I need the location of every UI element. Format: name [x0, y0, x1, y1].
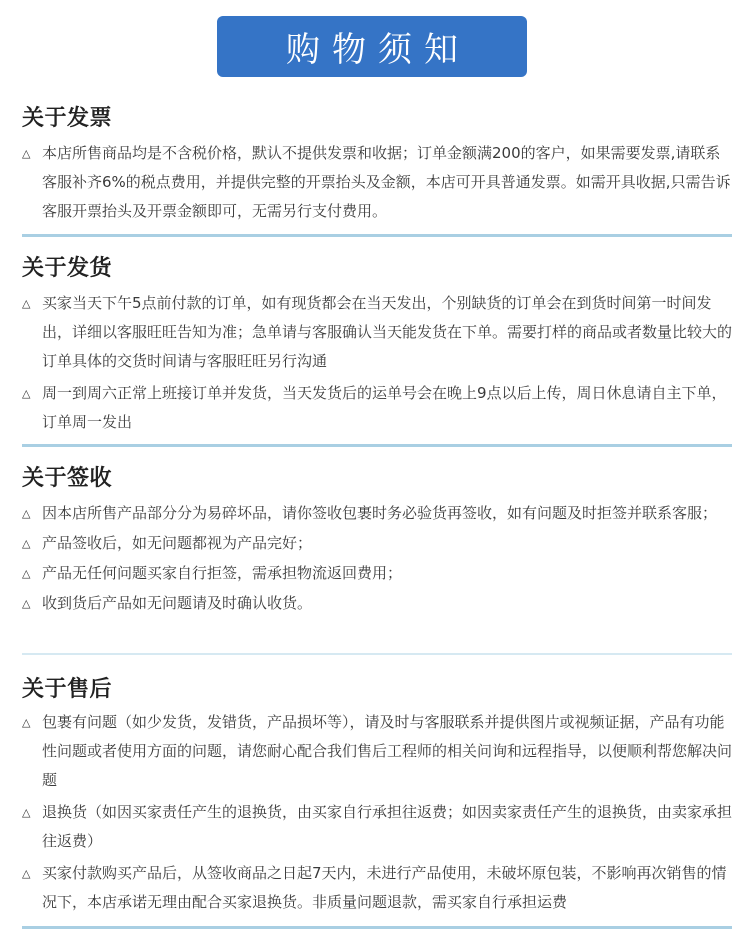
triangle-bullet-icon: △ [22, 798, 40, 827]
divider [22, 653, 732, 655]
triangle-bullet-icon: △ [22, 708, 40, 737]
list-item: △ 退换货（如因买家责任产生的退换货，由买家自行承担往返费；如因卖家责任产生的退… [22, 798, 734, 856]
triangle-bullet-icon: △ [22, 589, 40, 618]
item-text: 本店所售商品均是不含税价格，默认不提供发票和收据；订单金额满200的客户，如果需… [42, 144, 731, 220]
section-title: 关于售后 [22, 675, 734, 705]
triangle-bullet-icon: △ [22, 559, 40, 588]
section-invoice: 关于发票 △ 本店所售商品均是不含税价格，默认不提供发票和收据；订单金额满200… [22, 104, 734, 226]
list-item: △ 买家付款购买产品后，从签收商品之日起7天内，未进行产品使用，未破坏原包装，不… [22, 859, 734, 917]
item-text: 周一到周六正常上班接订单并发货，当天发货后的运单号会在晚上9点以后上传，周日休息… [42, 384, 727, 431]
triangle-bullet-icon: △ [22, 859, 40, 888]
list-item: △ 包裹有问题（如少发货，发错货，产品损坏等），请及时与客服联系并提供图片或视频… [22, 708, 734, 795]
section-title: 关于发票 [22, 104, 734, 134]
item-text: 退换货（如因买家责任产生的退换货，由买家自行承担往返费；如因卖家责任产生的退换货… [42, 803, 732, 850]
item-text: 产品无任何问题买家自行拒签，需承担物流返回费用； [42, 564, 402, 582]
item-text: 买家当天下午5点前付款的订单，如有现货都会在当天发出，个别缺货的订单会在到货时间… [42, 294, 732, 370]
list-item: △ 产品无任何问题买家自行拒签，需承担物流返回费用； [22, 559, 734, 588]
shopping-notice-banner: 购物须知 [217, 16, 527, 77]
item-text: 收到货后产品如无问题请及时确认收货。 [42, 594, 312, 612]
list-item: △ 周一到周六正常上班接订单并发货，当天发货后的运单号会在晚上9点以后上传，周日… [22, 379, 734, 437]
list-item: △ 本店所售商品均是不含税价格，默认不提供发票和收据；订单金额满200的客户，如… [22, 139, 734, 226]
item-text: 买家付款购买产品后，从签收商品之日起7天内，未进行产品使用，未破坏原包装，不影响… [42, 864, 727, 911]
list-item: △ 产品签收后，如无问题都视为产品完好； [22, 529, 734, 558]
list-item: △ 买家当天下午5点前付款的订单，如有现货都会在当天发出，个别缺货的订单会在到货… [22, 289, 734, 376]
section-after-sales: 关于售后 △ 包裹有问题（如少发货，发错货，产品损坏等），请及时与客服联系并提供… [22, 675, 734, 917]
banner-title: 购物须知 [274, 22, 470, 71]
section-receipt: 关于签收 △ 因本店所售产品部分分为易碎坏品，请你签收包裹时务必验货再签收，如有… [22, 464, 734, 618]
section-title: 关于发货 [22, 254, 734, 284]
divider [22, 926, 732, 929]
list-item: △ 因本店所售产品部分分为易碎坏品，请你签收包裹时务必验货再签收，如有问题及时拒… [22, 499, 734, 528]
section-shipping: 关于发货 △ 买家当天下午5点前付款的订单，如有现货都会在当天发出，个别缺货的订… [22, 254, 734, 437]
item-text: 包裹有问题（如少发货，发错货，产品损坏等），请及时与客服联系并提供图片或视频证据… [42, 713, 732, 789]
section-title: 关于签收 [22, 464, 734, 494]
triangle-bullet-icon: △ [22, 289, 40, 318]
list-item: △ 收到货后产品如无问题请及时确认收货。 [22, 589, 734, 618]
divider [22, 444, 732, 447]
triangle-bullet-icon: △ [22, 379, 40, 408]
item-text: 因本店所售产品部分分为易碎坏品，请你签收包裹时务必验货再签收，如有问题及时拒签并… [42, 504, 717, 522]
item-text: 产品签收后，如无问题都视为产品完好； [42, 534, 312, 552]
triangle-bullet-icon: △ [22, 499, 40, 528]
divider [22, 234, 732, 237]
triangle-bullet-icon: △ [22, 529, 40, 558]
triangle-bullet-icon: △ [22, 139, 40, 168]
